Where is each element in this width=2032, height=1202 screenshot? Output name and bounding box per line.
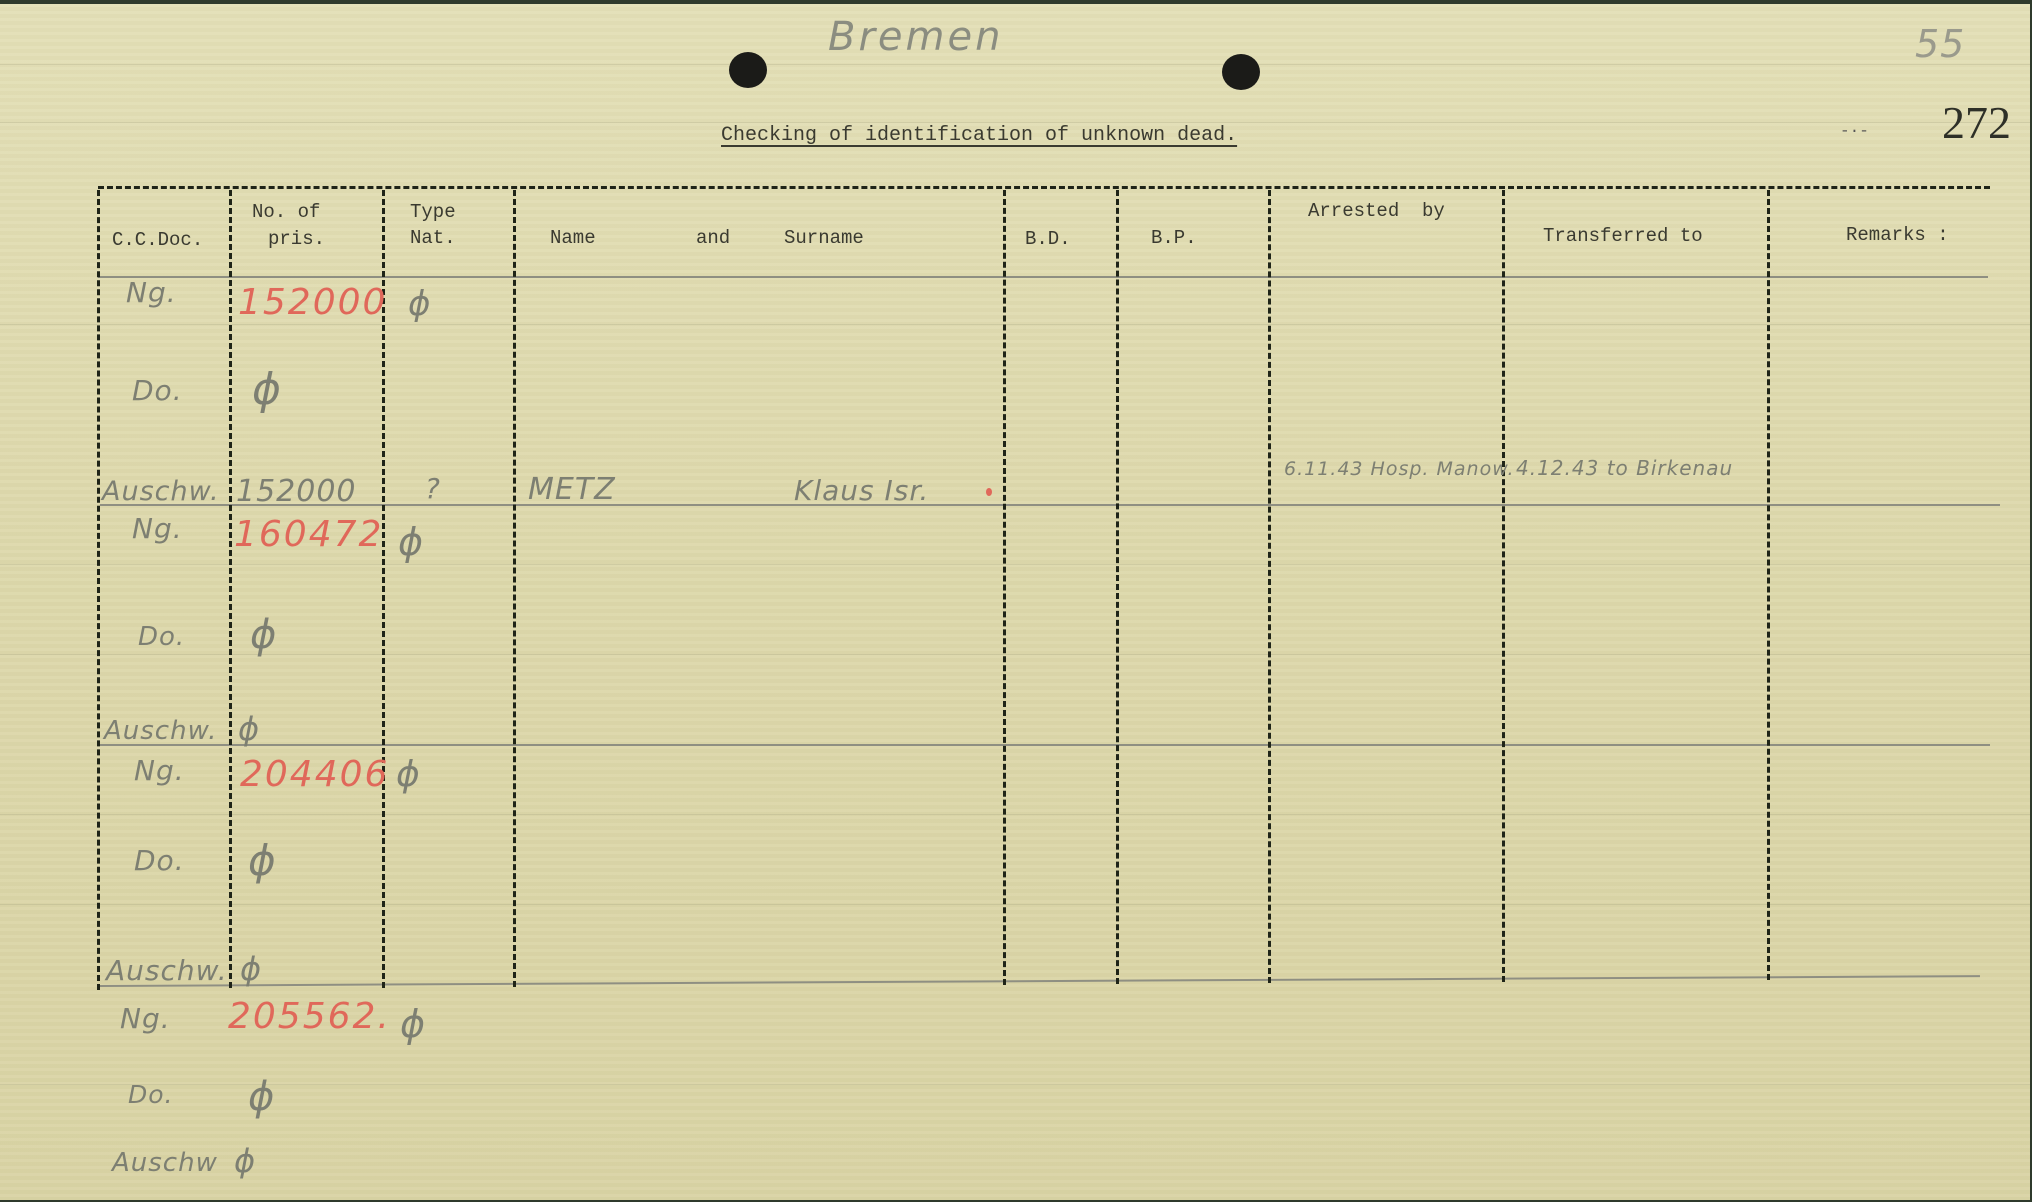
paper-ruling [0, 814, 2030, 815]
column-divider [1268, 190, 1271, 983]
header-and: and [696, 227, 730, 249]
cell-prisoner-number: 160472 [234, 514, 383, 555]
cell-doc: Auschw. [104, 716, 217, 746]
city-annotation: Bremen [828, 14, 1003, 60]
header-type-nat-1: Type [410, 201, 456, 223]
header-arrested-by: Arrested by [1308, 200, 1445, 222]
paper-ruling [0, 1084, 2030, 1085]
cell-transferred-to: 4.12.43 to Birkenau [1516, 456, 1733, 480]
cell-nationality: ϕ [408, 284, 431, 324]
stray-mark: -·- [1840, 122, 1869, 140]
page-number-annotation: 55 [1915, 22, 1965, 66]
header-transferred-to: Transferred to [1543, 225, 1703, 247]
cell-prisoner-number: ϕ [234, 1142, 256, 1180]
header-bp: B.P. [1151, 227, 1197, 249]
cell-name: METZ [528, 472, 616, 507]
column-divider [1003, 190, 1006, 985]
header-name: Name [550, 227, 596, 249]
paper-ruling [0, 64, 2030, 65]
paper-ruling [0, 654, 2030, 655]
cell-doc: Ng. [126, 276, 177, 309]
header-cc-doc: C.C.Doc. [112, 229, 203, 251]
header-type-nat-2: Nat. [410, 227, 456, 249]
cell-nationality: ? [425, 472, 441, 505]
paper-ruling [0, 904, 2030, 905]
cell-arrived-from: 6.11.43 Hosp. Manow. [1284, 458, 1515, 480]
cell-prisoner-number: 152000 [236, 474, 357, 509]
cell-prisoner-number: 152000 [238, 282, 387, 323]
cell-doc: Do. [138, 622, 185, 652]
cell-doc: Do. [134, 844, 185, 877]
punch-hole-left [729, 52, 767, 88]
cell-surname: Klaus Isr. [794, 474, 929, 507]
cell-doc: Ng. [134, 754, 185, 787]
header-surname: Surname [784, 227, 864, 249]
paper-ruling [0, 122, 2030, 123]
card-number: 272 [1942, 96, 2011, 149]
row-divider [100, 504, 2000, 506]
cell-prisoner-number: ϕ [238, 710, 260, 748]
cell-prisoner-number: 205562. [228, 996, 391, 1037]
column-divider [513, 190, 516, 987]
cell-prisoner-number: ϕ [248, 836, 277, 885]
cell-doc: Ng. [132, 512, 183, 545]
paper-ruling [0, 564, 2030, 565]
cell-doc: Auschw. [102, 476, 220, 507]
cell-doc: Ng. [120, 1002, 171, 1035]
cell-prisoner-number: ϕ [248, 1074, 275, 1120]
cell-prisoner-number: ϕ [250, 612, 277, 658]
table-top-border [98, 186, 1990, 189]
cell-doc: Do. [128, 1080, 174, 1109]
cell-prisoner-number: 204406 [240, 754, 389, 795]
cell-doc: Auschw. [106, 954, 228, 987]
cell-nationality: ϕ [400, 1002, 426, 1046]
column-divider [1767, 190, 1770, 980]
column-divider [1502, 190, 1505, 982]
card-title: Checking of identification of unknown de… [721, 124, 1237, 147]
cell-prisoner-number: ϕ [252, 364, 282, 415]
cell-nationality: ϕ [398, 520, 424, 564]
red-mark [986, 488, 992, 496]
header-no-of-pris-1: No. of [252, 201, 320, 223]
cell-nationality: ϕ [396, 754, 421, 795]
header-bd: B.D. [1025, 228, 1071, 250]
paper-ruling [0, 324, 2030, 325]
index-card: Bremen 55 272 -·- Checking of identifica… [0, 4, 2030, 1200]
cell-doc: Do. [132, 374, 183, 407]
column-divider [97, 190, 100, 990]
column-divider [1116, 190, 1119, 984]
punch-hole-right [1222, 54, 1260, 90]
header-remarks: Remarks : [1846, 224, 1949, 246]
column-divider [229, 190, 232, 988]
header-no-of-pris-2: pris. [268, 228, 325, 250]
cell-prisoner-number: ϕ [240, 950, 262, 988]
cell-doc: Auschw [112, 1148, 218, 1178]
